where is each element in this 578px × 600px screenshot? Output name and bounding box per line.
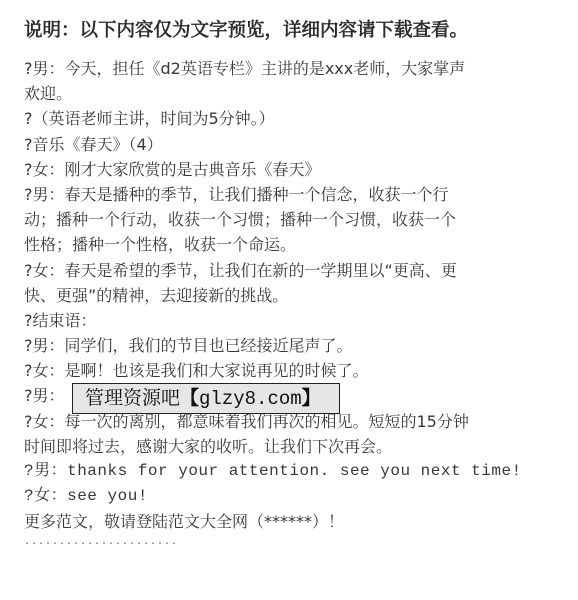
text-line: 欢迎。 (24, 81, 554, 106)
watermark-banner: 管理资源吧【glzy8.com】 (72, 383, 340, 414)
document-body: ?男：今天，担任《d2英语专栏》主讲的是xxx老师，大家掌声 欢迎。 ?（英语老… (24, 56, 554, 555)
text-line: 动；播种一个行动，收获一个习惯；播种一个习惯，收获一个 (24, 207, 554, 232)
text-line: ?女：春天是希望的季节，让我们在新的一学期里以“更高、更 (24, 258, 554, 283)
text-line: 时间即将过去，感谢大家的收听。让我们下次再会。 (24, 434, 554, 459)
dotted-separator: ······················ (24, 535, 554, 555)
watermark-domain: glzy8.com (199, 388, 302, 410)
text-line: ?男：同学们，我们的节目也已经接近尾声了。 (24, 333, 554, 358)
text-line-english: ?男：thanks for your attention. see you ne… (24, 459, 554, 484)
text-line: ?女：是啊！也该是我们和大家说再见的时候了。 (24, 358, 554, 383)
text-line: ?结束语： (24, 308, 554, 333)
text-line: ?男：春天是播种的季节，让我们播种一个信念，收获一个行 (24, 182, 554, 207)
watermark-bracket-open: 【 (180, 387, 199, 409)
text-line: 性格；播种一个性格，收获一个命运。 (24, 232, 554, 257)
text-line: ?女：刚才大家欣赏的是古典音乐《春天》 (24, 157, 554, 182)
text-line: ?男：今天，担任《d2英语专栏》主讲的是xxx老师，大家掌声 (24, 56, 554, 81)
text-line-footer: 更多范文，敬请登陆范文大全网（******）！ (24, 509, 554, 534)
text-line: 快、更强”的精神，去迎接新的挑战。 (24, 283, 554, 308)
text-line: ?（英语老师主讲，时间为5分钟。） (24, 106, 554, 131)
text-line-english: ?女：see you! (24, 484, 554, 509)
watermark-site-name: 管理资源吧 (85, 387, 180, 409)
watermark-bracket-close: 】 (302, 387, 321, 409)
preview-notice-title: 说明：以下内容仅为文字预览，详细内容请下载查看。 (24, 16, 468, 42)
text-line: ?音乐《春天》（4） (24, 132, 554, 157)
